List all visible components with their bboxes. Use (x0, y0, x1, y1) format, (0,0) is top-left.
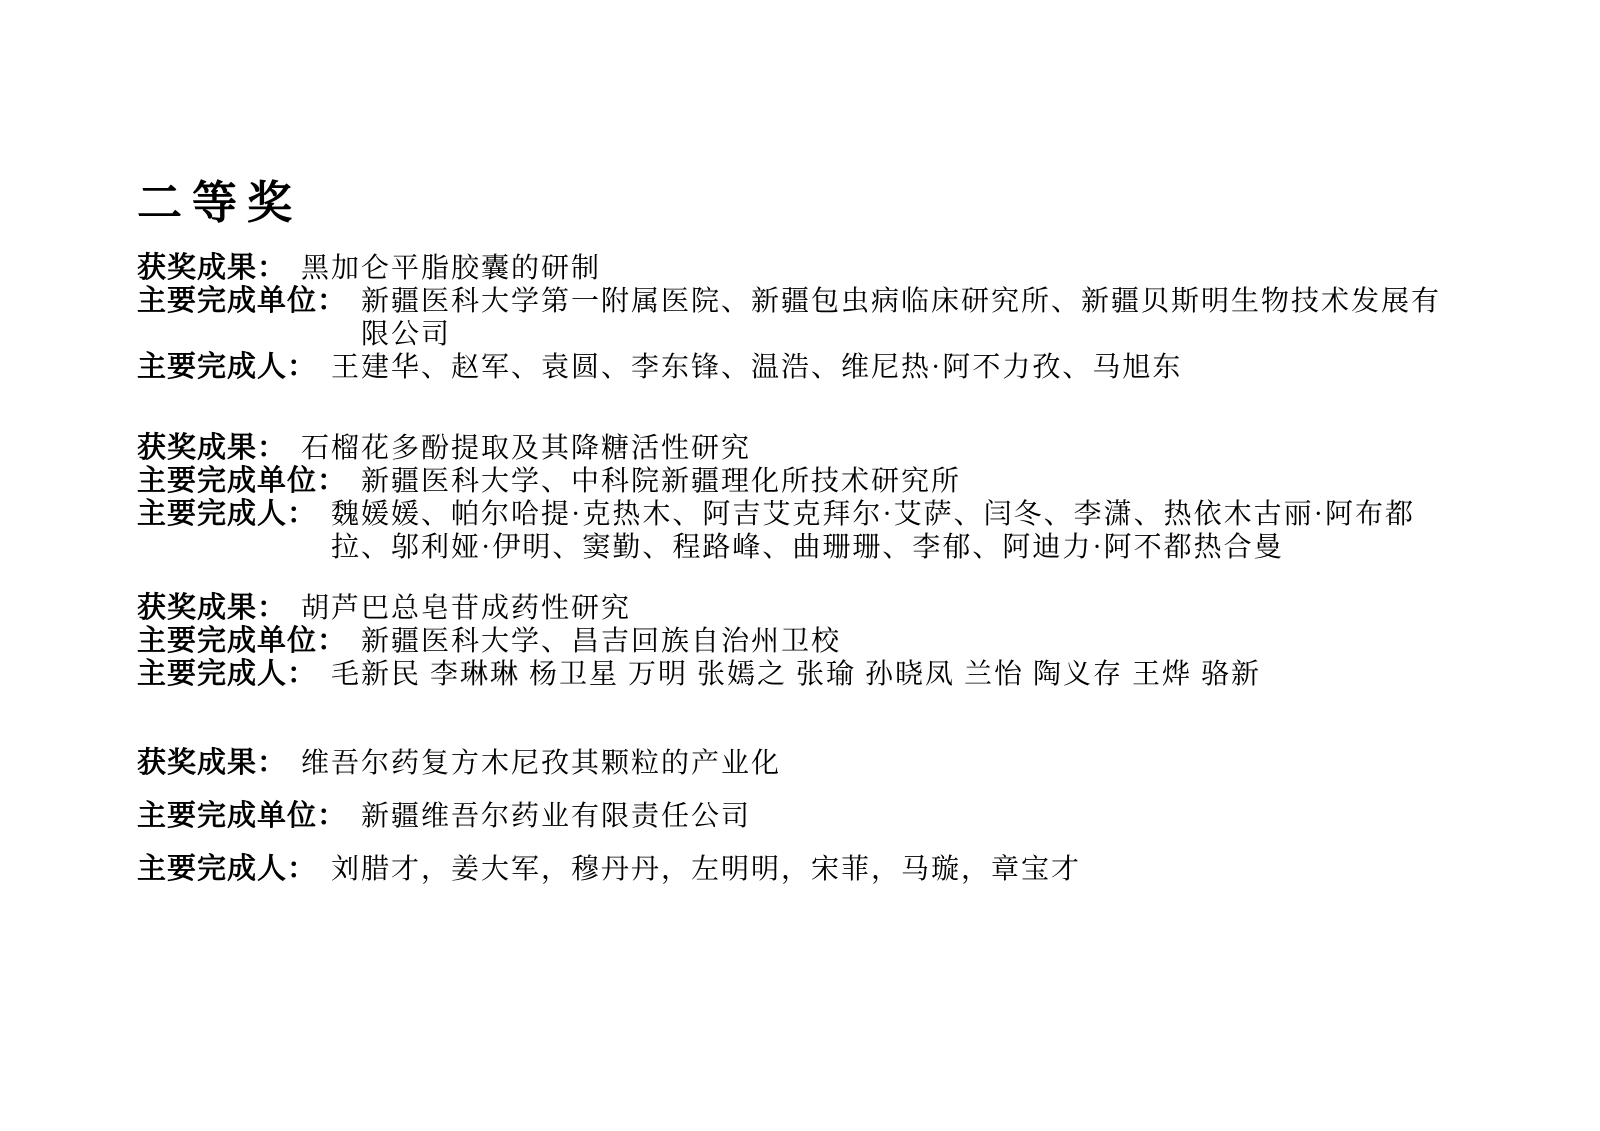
unit-field: 主要完成单位： 新疆医科大学第一附属医院、新疆包虫病临床研究所、新疆贝斯明生物技… (137, 285, 1452, 351)
unit-label: 主要完成单位： (137, 800, 347, 833)
award-entry-4: 获奖成果： 维吾尔药复方木尼孜其颗粒的产业化 主要完成单位： 新疆维吾尔药业有限… (137, 747, 1452, 886)
person-value: 毛新民 李琳琳 杨卫星 万明 张嫣之 张瑜 孙晓凤 兰怡 陶义存 王烨 骆新 (317, 658, 1261, 691)
unit-value: 新疆医科大学、中科院新疆理化所技术研究所 (347, 465, 961, 498)
result-field: 获奖成果： 胡芦巴总皂苷成药性研究 (137, 592, 1452, 625)
person-value: 刘腊才，姜大军，穆丹丹，左明明，宋菲，马璇，章宝才 (317, 853, 1081, 886)
result-label: 获奖成果： (137, 432, 287, 465)
unit-value: 新疆维吾尔药业有限责任公司 (347, 800, 751, 833)
unit-label: 主要完成单位： (137, 465, 347, 498)
result-label: 获奖成果： (137, 747, 287, 780)
person-label: 主要完成人： (137, 498, 317, 531)
unit-label: 主要完成单位： (137, 625, 347, 658)
unit-value: 新疆医科大学、昌吉回族自治州卫校 (347, 625, 841, 658)
document-page: 二等奖 获奖成果： 黑加仑平脂胶囊的研制 主要完成单位： 新疆医科大学第一附属医… (0, 0, 1600, 1131)
unit-field: 主要完成单位： 新疆维吾尔药业有限责任公司 (137, 800, 1452, 833)
person-value: 王建华、赵军、袁圆、李东锋、温浩、维尼热·阿不力孜、马旭东 (317, 351, 1182, 384)
result-field: 获奖成果： 石榴花多酚提取及其降糖活性研究 (137, 432, 1452, 465)
person-field: 主要完成人： 魏媛媛、帕尔哈提·克热木、阿吉艾克拜尔·艾萨、闫冬、李潇、热依木古… (137, 498, 1452, 564)
result-value: 石榴花多酚提取及其降糖活性研究 (287, 432, 751, 465)
award-entry-2: 获奖成果： 石榴花多酚提取及其降糖活性研究 主要完成单位： 新疆医科大学、中科院… (137, 432, 1452, 564)
award-entry-3: 获奖成果： 胡芦巴总皂苷成药性研究 主要完成单位： 新疆医科大学、昌吉回族自治州… (137, 592, 1452, 691)
result-label: 获奖成果： (137, 252, 287, 285)
unit-label: 主要完成单位： (137, 285, 347, 318)
unit-field: 主要完成单位： 新疆医科大学、昌吉回族自治州卫校 (137, 625, 1452, 658)
result-value: 维吾尔药复方木尼孜其颗粒的产业化 (287, 747, 781, 780)
result-field: 获奖成果： 维吾尔药复方木尼孜其颗粒的产业化 (137, 747, 1452, 780)
person-field: 主要完成人： 王建华、赵军、袁圆、李东锋、温浩、维尼热·阿不力孜、马旭东 (137, 351, 1452, 384)
person-label: 主要完成人： (137, 658, 317, 691)
person-field: 主要完成人： 毛新民 李琳琳 杨卫星 万明 张嫣之 张瑜 孙晓凤 兰怡 陶义存 … (137, 658, 1452, 691)
page-title: 二等奖 (137, 176, 1452, 230)
person-label: 主要完成人： (137, 351, 317, 384)
unit-field: 主要完成单位： 新疆医科大学、中科院新疆理化所技术研究所 (137, 465, 1452, 498)
result-field: 获奖成果： 黑加仑平脂胶囊的研制 (137, 252, 1452, 285)
person-value: 魏媛媛、帕尔哈提·克热木、阿吉艾克拜尔·艾萨、闫冬、李潇、热依木古丽·阿布都拉、… (317, 498, 1452, 564)
unit-value: 新疆医科大学第一附属医院、新疆包虫病临床研究所、新疆贝斯明生物技术发展有限公司 (347, 285, 1452, 351)
result-value: 黑加仑平脂胶囊的研制 (287, 252, 601, 285)
person-label: 主要完成人： (137, 853, 317, 886)
award-entry-1: 获奖成果： 黑加仑平脂胶囊的研制 主要完成单位： 新疆医科大学第一附属医院、新疆… (137, 252, 1452, 384)
result-value: 胡芦巴总皂苷成药性研究 (287, 592, 631, 625)
result-label: 获奖成果： (137, 592, 287, 625)
person-field: 主要完成人： 刘腊才，姜大军，穆丹丹，左明明，宋菲，马璇，章宝才 (137, 853, 1452, 886)
